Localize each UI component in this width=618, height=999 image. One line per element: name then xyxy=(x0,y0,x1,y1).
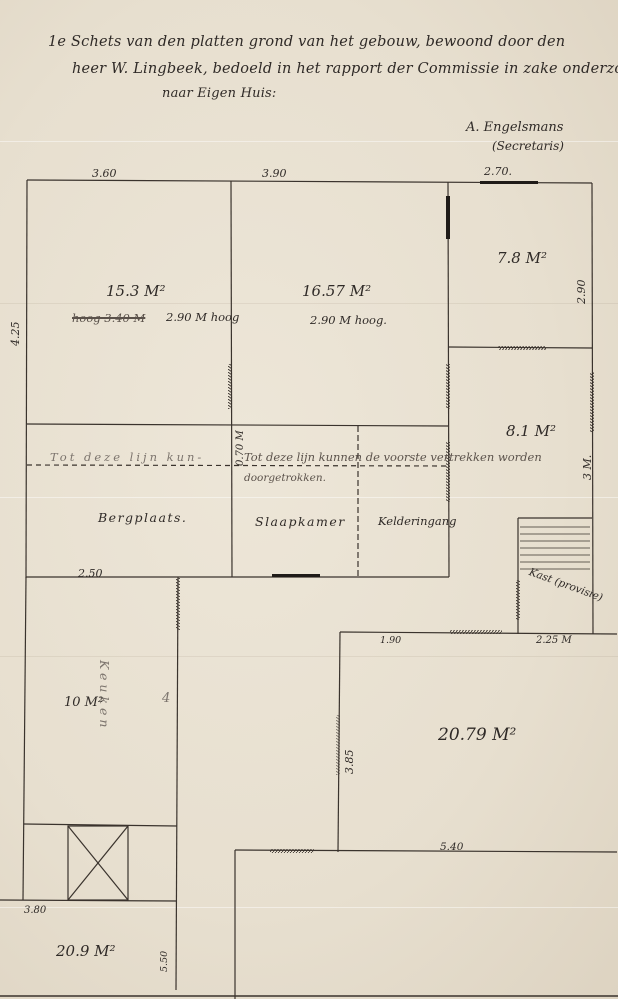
room-area-large-right: 20.79 M² xyxy=(438,727,516,744)
dimension-bottom-left-top: 3.80 xyxy=(24,906,46,916)
room-area-bottom-left: 20.9 M² xyxy=(56,944,116,959)
dimension-bottom-left-side: 5.50 xyxy=(160,951,170,972)
dashed-line-note-cont: doorgetrokken. xyxy=(244,473,326,484)
dimension-top-left: 3.60 xyxy=(92,168,117,179)
room-area-front-left: 15.3 M² xyxy=(106,284,166,299)
room-area-front-right: 7.8 M² xyxy=(497,251,547,266)
room-label-bergplaats: Bergplaats. xyxy=(98,512,187,525)
dimension-middle-right: 3 M. xyxy=(582,455,593,480)
floor-plan-drawing xyxy=(0,0,618,999)
room-area-keuken: 10 M² xyxy=(64,696,103,709)
room-note-front-left: 2.90 M hoog xyxy=(166,312,239,324)
room-label-kelderingang: Kelderingang xyxy=(378,516,457,528)
dimension-inner: 0.70 M xyxy=(236,430,246,466)
dimension-under-bergplaats: 2.50 xyxy=(78,568,103,579)
dashed-line-note: Tot deze lijn kunnen de voorste vertrekk… xyxy=(244,452,542,464)
room-label-slaapkamer: Slaapkamer xyxy=(255,516,346,529)
dimension-front-right: 2.90 xyxy=(576,280,587,305)
room-area-middle-right: 8.1 M² xyxy=(506,424,556,439)
dimension-large-top: 1.90 xyxy=(380,636,401,646)
dashed-line-note-part1: Tot deze lijn kun- xyxy=(50,452,204,464)
dimension-large-bottom: 5.40 xyxy=(440,842,463,853)
dimension-left: 4.25 xyxy=(10,322,21,347)
dimension-large-side: 3.85 xyxy=(344,750,355,775)
dimension-top-middle: 3.90 xyxy=(262,168,287,179)
room-note-front-middle: 2.90 M hoog. xyxy=(310,315,387,327)
dimension-kast-bottom: 2.25 M xyxy=(536,636,572,646)
floor-plan-sheet: 1e Schets van den platten grond van het … xyxy=(0,0,618,999)
dimension-keuken: 4 xyxy=(162,692,170,705)
dimension-top-right: 2.70. xyxy=(484,166,512,177)
room-area-front-middle: 16.57 M² xyxy=(302,284,371,299)
room-note-struck: hoog 3.40 M xyxy=(72,313,145,325)
